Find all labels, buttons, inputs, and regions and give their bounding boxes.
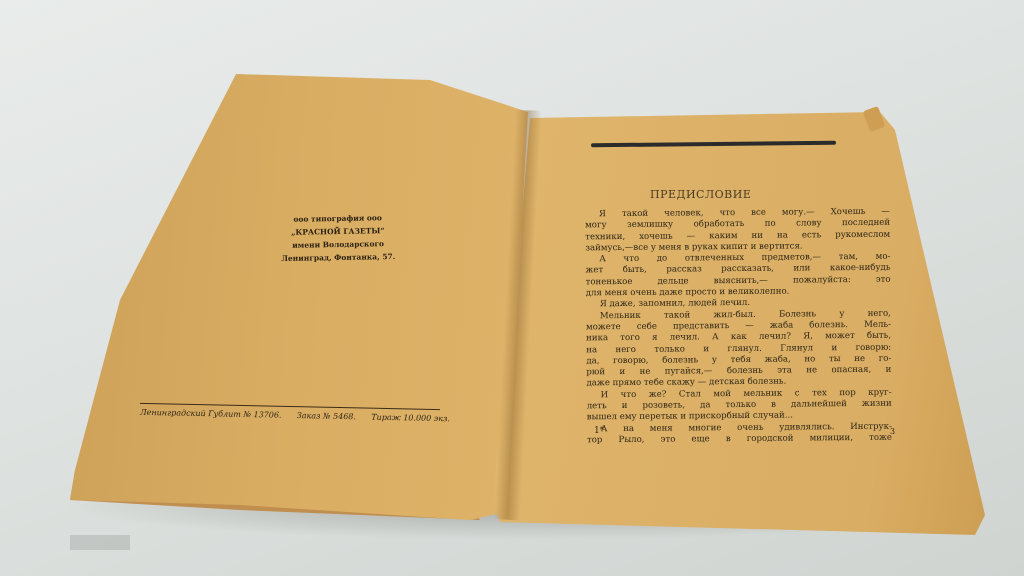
- signature-mark: 1*: [594, 426, 604, 436]
- order-number: Заказ № 5468.: [297, 411, 356, 421]
- printer-imprint: ооо типография ооо „КРАСНОЙ ГАЗЕТЫ“ имен…: [268, 211, 409, 265]
- imprint-line: Ленинград, Фонтанка, 57.: [268, 250, 408, 265]
- page-number: 3: [890, 427, 895, 436]
- print-run: Тираж 10.000 экз.: [371, 413, 450, 424]
- page-title: ПРЕДИСЛОВИЕ: [650, 188, 751, 201]
- watermark: [70, 535, 130, 550]
- body-text: Я такой человек, что все могу.— Хочешь —…: [585, 207, 892, 447]
